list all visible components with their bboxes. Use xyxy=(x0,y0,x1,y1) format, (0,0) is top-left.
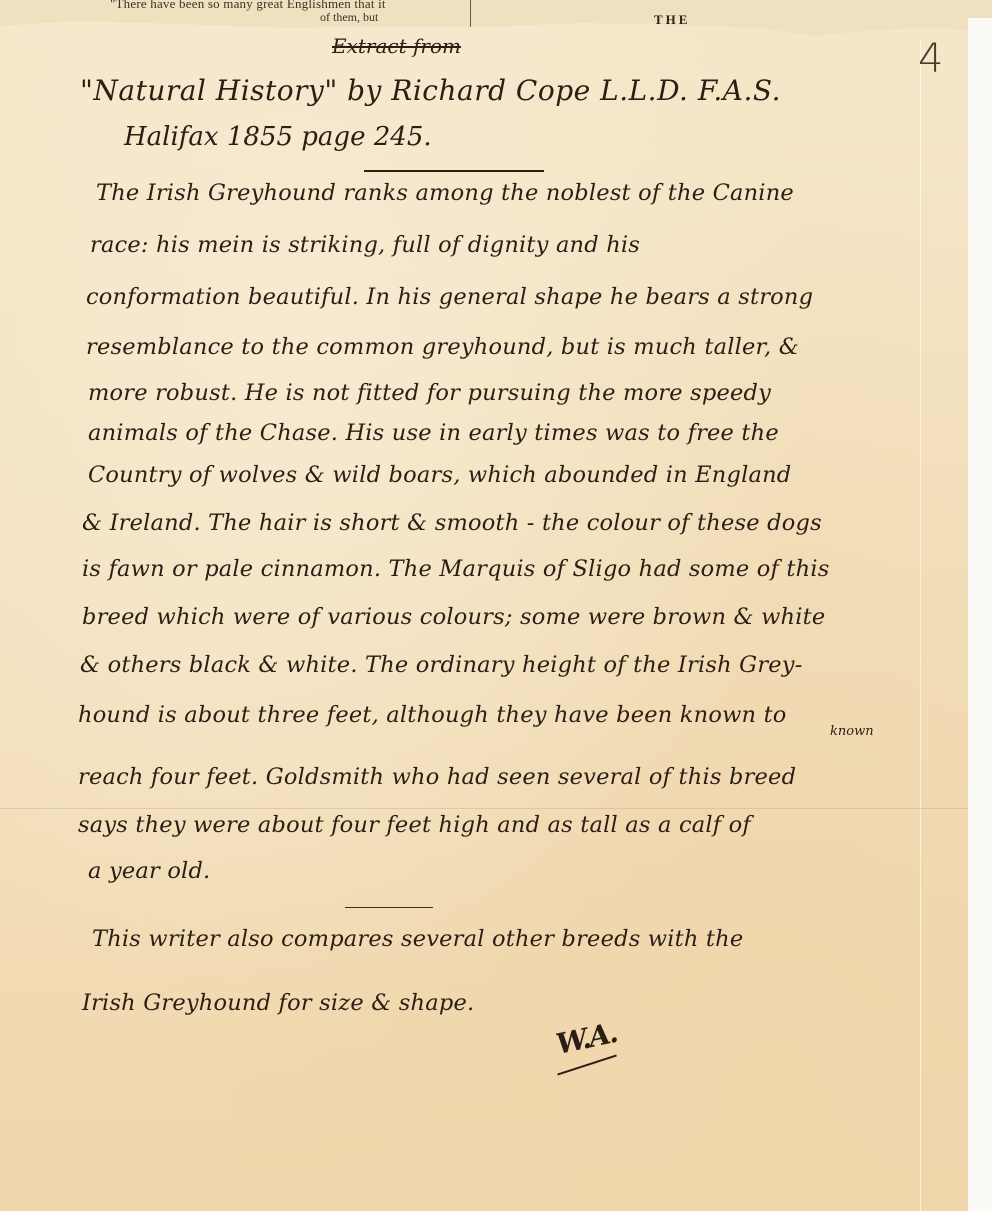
body-line: is fawn or pale cinnamon. The Marquis of… xyxy=(82,556,830,582)
body-line: a year old. xyxy=(88,858,210,884)
body-line: says they were about four feet high and … xyxy=(78,812,751,838)
body-line: The Irish Greyhound ranks among the nobl… xyxy=(96,180,794,206)
source-title: "Natural History" by Richard Cope L.L.D.… xyxy=(80,74,781,107)
clipping-text-line-2: of them, but xyxy=(320,10,378,25)
section-divider xyxy=(345,907,433,908)
body-line: hound is about three feet, although they… xyxy=(78,702,787,728)
page-number: 4 xyxy=(918,36,943,82)
body-line: more robust. He is not fitted for pursui… xyxy=(88,380,771,406)
body-line: & Ireland. The hair is short & smooth - … xyxy=(82,510,822,536)
heading-underline xyxy=(364,170,544,172)
body-line: breed which were of various colours; som… xyxy=(82,604,825,630)
struck-heading: Extract from xyxy=(332,34,461,58)
vertical-fold-crease xyxy=(920,40,921,1211)
closing-line: This writer also compares several other … xyxy=(92,926,743,952)
horizontal-fold-crease xyxy=(0,808,968,809)
body-line: & others black & white. The ordinary hei… xyxy=(80,652,803,678)
page-edge-background xyxy=(968,18,992,1211)
closing-line: Irish Greyhound for size & shape. xyxy=(82,990,474,1016)
body-line: resemblance to the common greyhound, but… xyxy=(86,334,799,360)
body-line: race: his mein is striking, full of dign… xyxy=(90,232,640,258)
body-line: reach four feet. Goldsmith who had seen … xyxy=(78,764,796,790)
body-line: conformation beautiful. In his general s… xyxy=(86,284,813,310)
interlinear-correction: known xyxy=(830,724,874,739)
body-line: Country of wolves & wild boars, which ab… xyxy=(88,462,791,488)
body-line: animals of the Chase. His use in early t… xyxy=(88,420,779,446)
source-imprint: Halifax 1855 page 245. xyxy=(124,122,432,152)
